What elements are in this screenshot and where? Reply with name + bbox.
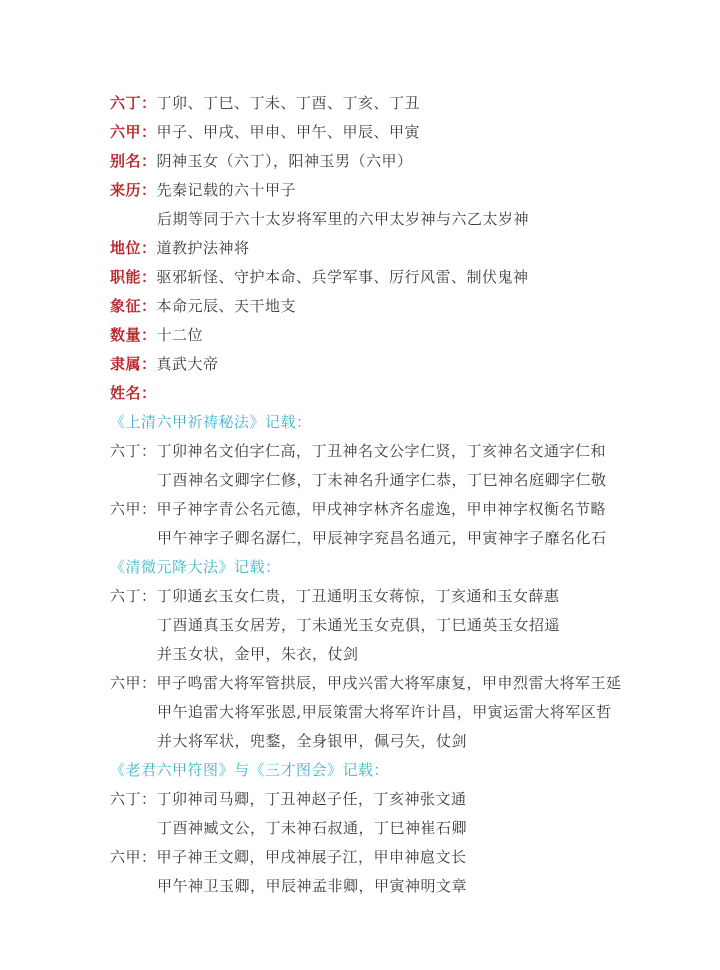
fact-value: 驱邪斩怪、守护本命、兵学军事、厉行风雷、制伏鬼神 bbox=[157, 268, 529, 286]
fact-function: 职能：驱邪斩怪、守护本命、兵学军事、厉行风雷、制伏鬼神 bbox=[110, 263, 529, 291]
fact-count: 数量：十二位 bbox=[110, 321, 203, 349]
source-entry-cont: 并玉女状，金甲，朱衣，仗剑 bbox=[157, 640, 359, 668]
source-entry-cont: 丁酉神名文卿字仁修，丁未神名升通字仁恭，丁巳神名庭卿字仁敬 bbox=[157, 466, 607, 494]
source-title: 《清微元降大法》记载： bbox=[110, 553, 281, 581]
fact-label: 六丁： bbox=[110, 94, 157, 112]
source-entry: 六甲：甲子鸣雷大将军管拱辰，甲戌兴雷大将军康复，甲申烈雷大将军王延 bbox=[110, 669, 622, 697]
source-entry-cont: 并大将军状，兜鍪，全身银甲，佩弓矢，仗剑 bbox=[157, 727, 467, 755]
source-entry: 六丁：丁卯神司马卿，丁丑神赵子任，丁亥神张文通 bbox=[110, 785, 467, 813]
fact-value: 十二位 bbox=[157, 326, 204, 344]
source-entry: 六丁：丁卯神名文伯字仁高，丁丑神名文公字仁贤，丁亥神名文通字仁和 bbox=[110, 437, 606, 465]
source-entry: 六甲：甲子神字青公名元德，甲戌神字林齐名虚逸，甲申神字权衡名节略 bbox=[110, 495, 606, 523]
fact-label: 别名： bbox=[110, 152, 157, 170]
entry-text: 甲子神王文卿，甲戌神展子江，甲申神扈文长 bbox=[157, 848, 467, 866]
source-title: 《老君六甲符图》与《三才图会》记载： bbox=[110, 756, 389, 784]
source-entry: 六丁：丁卯通玄玉女仁贵，丁丑通明玉女蒋惊，丁亥通和玉女薛惠 bbox=[110, 582, 560, 610]
fact-label: 来历： bbox=[110, 181, 157, 199]
entry-text: 丁卯神名文伯字仁高，丁丑神名文公字仁贤，丁亥神名文通字仁和 bbox=[157, 442, 607, 460]
source-entry-cont: 丁酉神臧文公，丁未神石叔通，丁巳神崔石卿 bbox=[157, 814, 467, 842]
source-entry-cont: 丁酉通真玉女居芳，丁未通光玉女克俱，丁巳通英玉女招遥 bbox=[157, 611, 560, 639]
fact-alias: 别名：阴神玉女（六丁），阳神玉男（六甲） bbox=[110, 147, 413, 175]
entry-label: 六甲： bbox=[110, 848, 157, 866]
fact-names: 姓名： bbox=[110, 379, 157, 407]
fact-label: 职能： bbox=[110, 268, 157, 286]
fact-value: 先秦记载的六十甲子 bbox=[157, 181, 297, 199]
fact-label: 地位： bbox=[110, 239, 157, 257]
fact-label: 象征： bbox=[110, 297, 157, 315]
entry-text: 甲子鸣雷大将军管拱辰，甲戌兴雷大将军康复，甲申烈雷大将军王延 bbox=[157, 674, 622, 692]
fact-affiliation: 隶属：真武大帝 bbox=[110, 350, 219, 378]
source-entry-cont: 甲午神卫玉卿，甲辰神孟非卿，甲寅神明文章 bbox=[157, 872, 467, 900]
entry-text: 丁卯通玄玉女仁贵，丁丑通明玉女蒋惊，丁亥通和玉女薛惠 bbox=[157, 587, 560, 605]
entry-label: 六丁： bbox=[110, 587, 157, 605]
entry-label: 六丁： bbox=[110, 442, 157, 460]
source-title: 《上清六甲祈祷秘法》记载： bbox=[110, 408, 312, 436]
fact-value: 甲子、甲戌、甲申、甲午、甲辰、甲寅 bbox=[157, 123, 421, 141]
fact-liuding: 六丁：丁卯、丁巳、丁未、丁酉、丁亥、丁丑 bbox=[110, 89, 420, 117]
fact-label: 姓名： bbox=[110, 384, 157, 402]
fact-symbol: 象征：本命元辰、天干地支 bbox=[110, 292, 296, 320]
entry-label: 六丁： bbox=[110, 790, 157, 808]
entry-text: 甲子神字青公名元德，甲戌神字林齐名虚逸，甲申神字权衡名节略 bbox=[157, 500, 607, 518]
fact-value: 真武大帝 bbox=[157, 355, 219, 373]
source-entry-cont: 甲午追雷大将军张恩,甲辰策雷大将军许计昌，甲寅运雷大将军区哲 bbox=[157, 698, 612, 726]
entry-text: 丁卯神司马卿，丁丑神赵子任，丁亥神张文通 bbox=[157, 790, 467, 808]
fact-value: 阴神玉女（六丁），阳神玉男（六甲） bbox=[157, 152, 413, 170]
fact-value: 丁卯、丁巳、丁未、丁酉、丁亥、丁丑 bbox=[157, 94, 421, 112]
fact-origin-cont: 后期等同于六十太岁将军里的六甲太岁神与六乙太岁神 bbox=[157, 205, 529, 233]
entry-label: 六甲： bbox=[110, 500, 157, 518]
document-page: 六丁：丁卯、丁巳、丁未、丁酉、丁亥、丁丑 六甲：甲子、甲戌、甲申、甲午、甲辰、甲… bbox=[0, 0, 720, 970]
fact-value: 道教护法神将 bbox=[157, 239, 250, 257]
entry-label: 六甲： bbox=[110, 674, 157, 692]
fact-label: 六甲： bbox=[110, 123, 157, 141]
fact-label: 隶属： bbox=[110, 355, 157, 373]
fact-liujia: 六甲：甲子、甲戌、甲申、甲午、甲辰、甲寅 bbox=[110, 118, 420, 146]
source-entry: 六甲：甲子神王文卿，甲戌神展子江，甲申神扈文长 bbox=[110, 843, 467, 871]
source-entry-cont: 甲午神字子卿名潺仁，甲辰神字兖昌名通元，甲寅神字子靡名化石 bbox=[157, 524, 607, 552]
fact-value: 本命元辰、天干地支 bbox=[157, 297, 297, 315]
fact-status: 地位：道教护法神将 bbox=[110, 234, 250, 262]
fact-origin: 来历：先秦记载的六十甲子 bbox=[110, 176, 296, 204]
fact-label: 数量： bbox=[110, 326, 157, 344]
